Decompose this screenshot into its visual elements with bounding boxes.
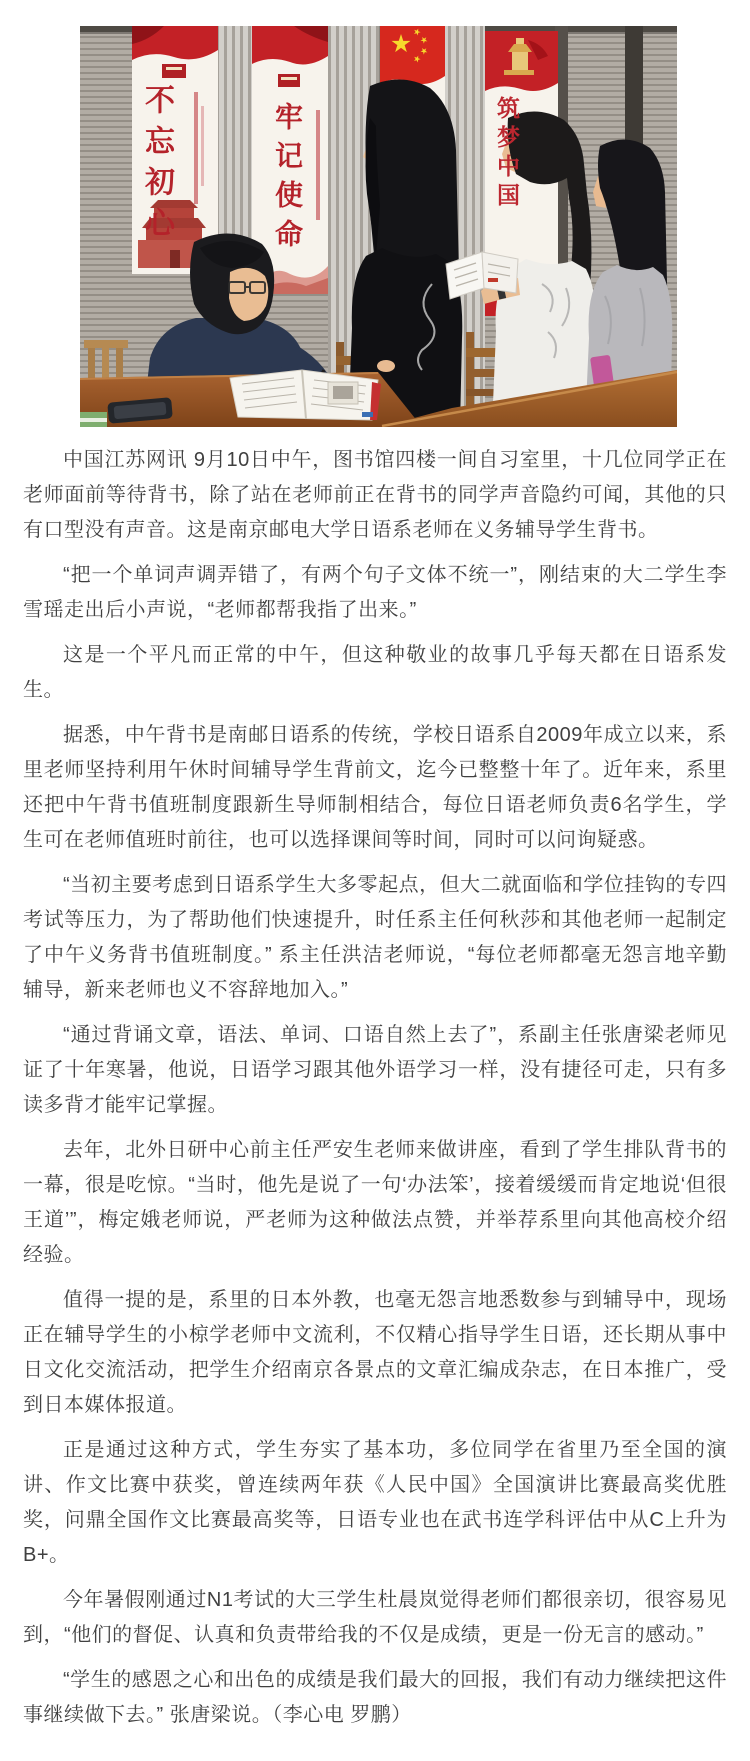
article-body: 中国江苏网讯 9月10日中午，图书馆四楼一间自习室里，十几位同学正在老师面前等待… — [0, 443, 750, 1733]
article-paragraph: “通过背诵文章，语法、单词、口语自然上去了”，系副主任张唐梁老师见证了十年寒暑，… — [23, 1018, 727, 1123]
article-paragraph: 值得一提的是，系里的日本外教，也毫无怨言地悉数参与到辅导中，现场正在辅导学生的小… — [23, 1283, 727, 1423]
article-paragraph: 正是通过这种方式，学生夯实了基本功，多位同学在省里乃至全国的演讲、作文比赛中获奖… — [23, 1433, 727, 1573]
article-paragraph: 中国江苏网讯 9月10日中午，图书馆四楼一间自习室里，十几位同学正在老师面前等待… — [23, 443, 727, 548]
photo-scene — [80, 26, 677, 427]
article-photo: 不忘初心 牢记使命 筑梦中国 — [80, 26, 677, 427]
article-paragraph: 这是一个平凡而正常的中午，但这种敬业的故事几乎每天都在日语系发生。 — [23, 638, 727, 708]
article-paragraph: “把一个单词声调弄错了，有两个句子文体不统一”，刚结束的大二学生李雪瑶走出后小声… — [23, 558, 727, 628]
article-paragraph: 去年，北外日研中心前主任严安生老师来做讲座，看到了学生排队背书的一幕，很是吃惊。… — [23, 1133, 727, 1273]
article-paragraph: “学生的感恩之心和出色的成绩是我们最大的回报，我们有动力继续把这件事继续做下去。… — [23, 1663, 727, 1733]
article-paragraph: “当初主要考虑到日语系学生大多零起点，但大二就面临和学位挂钩的专四考试等压力，为… — [23, 868, 727, 1008]
article-paragraph: 据悉，中午背书是南邮日语系的传统，学校日语系自2009年成立以来，系里老师坚持利… — [23, 718, 727, 858]
banner-buwangchuxin — [132, 26, 218, 274]
article-paragraph: 今年暑假刚通过N1考试的大三学生杜晨岚觉得老师们都很亲切，很容易见到，“他们的督… — [23, 1583, 727, 1653]
textbook-open — [230, 370, 381, 420]
